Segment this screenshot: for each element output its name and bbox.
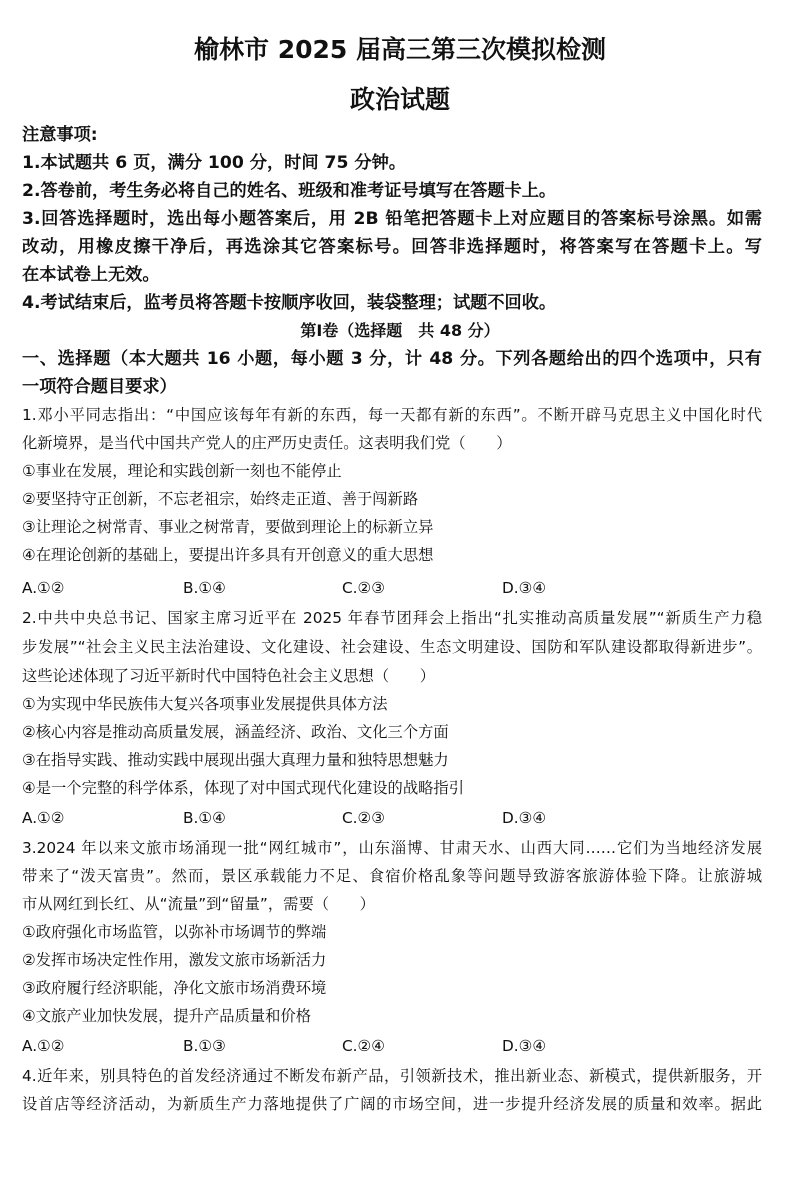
option-c: C.②③ [342,576,385,600]
option-b: B.①④ [183,806,226,830]
note-line: 3.回答选择题时，选出每小题答案后，用 2B 铅笔把答题卡上对应题目的答案标号涂… [22,207,762,231]
question-item: ②发挥市场决定性作用，激发文旅市场新活力 [22,948,762,972]
part-title: 第Ⅰ卷（选择题 共 48 分） [0,319,800,343]
answer-options: A.①② B.①③ C.②④ D.③④ [22,1034,762,1058]
question-item: ①政府强化市场监管，以弥补市场调节的弊端 [22,920,762,944]
question-item: ④是一个完整的科学体系，体现了对中国式现代化建设的战略指引 [22,776,762,800]
question-stem: 1.邓小平同志指出：“中国应该每年有新的东西，每一天都有新的东西”。不断开辟马克… [22,403,762,427]
option-b: B.①③ [183,1034,226,1058]
notes-heading: 注意事项: [22,123,762,147]
question-item: ①事业在发展，理论和实践创新一刻也不能停止 [22,459,762,483]
question-item: ③政府履行经济职能，净化文旅市场消费环境 [22,976,762,1000]
note-line: 在本试卷上无效。 [22,263,762,287]
answer-options: A.①② B.①④ C.②③ D.③④ [22,806,762,830]
question-item: ④在理论创新的基础上，要提出许多具有开创意义的重大思想 [22,543,762,567]
option-a: A.①② [22,576,65,600]
exam-title: 榆林市 2025 届高三第三次模拟检测 [0,30,800,66]
option-a: A.①② [22,1034,65,1058]
note-line: 1.本试题共 6 页，满分 100 分，时间 75 分钟。 [22,151,762,175]
question-stem: 市从网红到长红、从“流量”到“留量”，需要（ ） [22,892,762,916]
note-line: 改动，用橡皮擦干净后，再选涂其它答案标号。回答非选择题时，将答案写在答题卡上。写 [22,235,762,259]
question-stem: 这些论述体现了习近平新时代中国特色社会主义思想（ ） [22,664,762,688]
option-c: C.②④ [342,1034,385,1058]
answer-options: A.①② B.①④ C.②③ D.③④ [22,576,762,600]
option-a: A.①② [22,806,65,830]
option-d: D.③④ [502,1034,546,1058]
note-line: 4.考试结束后，监考员将答题卡按顺序收回，装袋整理；试题不回收。 [22,291,762,315]
question-item: ②要坚持守正创新，不忘老祖宗，始终走正道、善于闯新路 [22,487,762,511]
question-stem: 2.中共中央总书记、国家主席习近平在 2025 年春节团拜会上指出“扎实推动高质… [22,606,762,630]
option-b: B.①④ [183,576,226,600]
question-item: ③让理论之树常青、事业之树常青，要做到理论上的标新立异 [22,515,762,539]
question-stem: 4.近年来，别具特色的首发经济通过不断发布新产品，引领新技术，推出新业态、新模式… [22,1064,762,1088]
question-stem: 步发展”“社会主义民主法治建设、文化建设、社会建设、生态文明建设、国防和军队建设… [22,635,762,659]
question-item: ①为实现中华民族伟大复兴各项事业发展提供具体方法 [22,692,762,716]
exam-subtitle: 政治试题 [0,80,800,116]
question-item: ②核心内容是推动高质量发展，涵盖经济、政治、文化三个方面 [22,720,762,744]
note-line: 2.答卷前，考生务必将自己的姓名、班级和准考证号填写在答题卡上。 [22,179,762,203]
option-c: C.②③ [342,806,385,830]
option-d: D.③④ [502,576,546,600]
section-heading: 一、选择题（本大题共 16 小题，每小题 3 分，计 48 分。下列各题给出的四… [22,347,762,371]
question-stem: 设首店等经济活动，为新质生产力落地提供了广阔的市场空间，进一步提升经济发展的质量… [22,1092,762,1116]
question-stem: 带来了“泼天富贵”。然而，景区承载能力不足、食宿价格乱象等问题导致游客旅游体验下… [22,864,762,888]
question-item: ④文旅产业加快发展，提升产品质量和价格 [22,1004,762,1028]
exam-page: 榆林市 2025 届高三第三次模拟检测 政治试题 注意事项: 1.本试题共 6 … [0,0,800,1190]
question-item: ③在指导实践、推动实践中展现出强大真理力量和独特思想魅力 [22,748,762,772]
option-d: D.③④ [502,806,546,830]
question-stem: 3.2024 年以来文旅市场涌现一批“网红城市”，山东淄博、甘肃天水、山西大同…… [22,836,762,860]
question-stem: 化新境界，是当代中国共产党人的庄严历史责任。这表明我们党（ ） [22,431,762,455]
section-heading: 一项符合题目要求） [22,375,762,399]
